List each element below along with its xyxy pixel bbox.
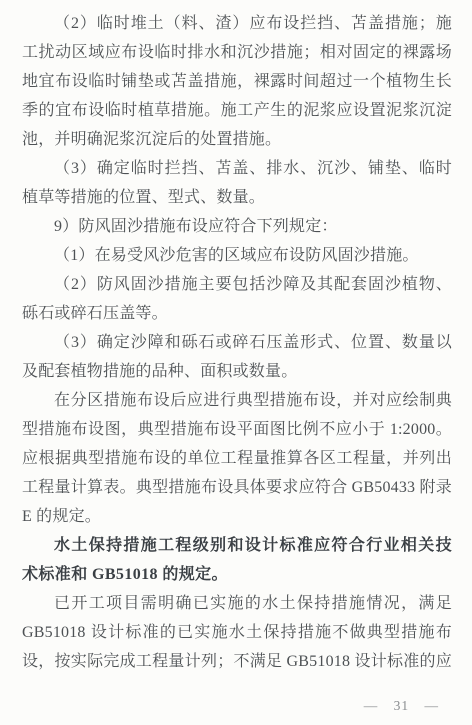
text-line: （2）临时堆土（料、渣）应布设拦挡、苫盖措施；施: [22, 9, 452, 38]
text-line: 工程量计算表。典型措施布设具体要求应符合 GB50433 附录: [22, 473, 452, 502]
paragraph: 在分区措施布设后应进行典型措施布设，并对应绘制典 型措施布设图，典型措施布设平面…: [22, 386, 452, 531]
text-line: （1）在易受风沙危害的区域应布设防风固沙措施。: [22, 241, 452, 270]
paragraph: （2）防风固沙措施主要包括沙障及其配套固沙植物、 砾石或碎石压盖等。: [22, 270, 452, 328]
paragraph-bold: 水土保持措施工程级别和设计标准应符合行业相关技 术标准和 GB51018 的规定…: [22, 531, 452, 589]
paragraph: 9）防风固沙措施布设应符合下列规定：: [22, 212, 452, 241]
page-number: — 31 —: [364, 698, 439, 713]
document-text: （2）临时堆土（料、渣）应布设拦挡、苫盖措施；施 工扰动区域应布设临时排水和沉沙…: [22, 9, 452, 676]
document-page: （2）临时堆土（料、渣）应布设拦挡、苫盖措施；施 工扰动区域应布设临时排水和沉沙…: [0, 0, 472, 725]
text-line: GB51018 设计标准的已实施水土保持措施不做典型措施布: [22, 618, 452, 647]
text-line: 池，并明确泥浆沉淀后的处置措施。: [22, 125, 452, 154]
paragraph: （3）确定沙障和砾石或碎石压盖形式、位置、数量以 及配套植物措施的品种、面积或数…: [22, 328, 452, 386]
text-line: 已开工项目需明确已实施的水土保持措施情况，满足: [22, 589, 452, 618]
paragraph: （2）临时堆土（料、渣）应布设拦挡、苫盖措施；施 工扰动区域应布设临时排水和沉沙…: [22, 9, 452, 154]
text-line: 植草等措施的位置、型式、数量。: [22, 183, 452, 212]
text-line: 型措施布设图，典型措施布设平面图比例不应小于 1:2000。: [22, 415, 452, 444]
text-line: 在分区措施布设后应进行典型措施布设，并对应绘制典: [22, 386, 452, 415]
text-line: （3）确定临时拦挡、苫盖、排水、沉沙、铺垫、临时: [22, 154, 452, 183]
text-line: 术标准和 GB51018 的规定。: [22, 560, 452, 589]
text-line: E 的规定。: [22, 502, 452, 531]
text-line: 季的宜布设临时植草措施。施工产生的泥浆应设置泥浆沉淀: [22, 96, 452, 125]
text-line: 应根据典型措施布设的单位工程量推算各区工程量，并列出: [22, 444, 452, 473]
text-line: 地宜布设临时铺垫或苫盖措施，裸露时间超过一个植物生长: [22, 67, 452, 96]
text-line: 砾石或碎石压盖等。: [22, 299, 452, 328]
text-line: （2）防风固沙措施主要包括沙障及其配套固沙植物、: [22, 270, 452, 299]
text-line: 设，按实际完成工程量计列；不满足 GB51018 设计标准的应: [22, 647, 452, 676]
text-line: 水土保持措施工程级别和设计标准应符合行业相关技: [22, 531, 452, 560]
paragraph: 已开工项目需明确已实施的水土保持措施情况，满足 GB51018 设计标准的已实施…: [22, 589, 452, 676]
paragraph: （1）在易受风沙危害的区域应布设防风固沙措施。: [22, 241, 452, 270]
text-line: 9）防风固沙措施布设应符合下列规定：: [22, 212, 452, 241]
text-line: 及配套植物措施的品种、面积或数量。: [22, 357, 452, 386]
text-line: 工扰动区域应布设临时排水和沉沙措施；相对固定的裸露场: [22, 38, 452, 67]
page-footer: — 31 —: [364, 697, 439, 715]
paragraph: （3）确定临时拦挡、苫盖、排水、沉沙、铺垫、临时 植草等措施的位置、型式、数量。: [22, 154, 452, 212]
text-line: （3）确定沙障和砾石或碎石压盖形式、位置、数量以: [22, 328, 452, 357]
